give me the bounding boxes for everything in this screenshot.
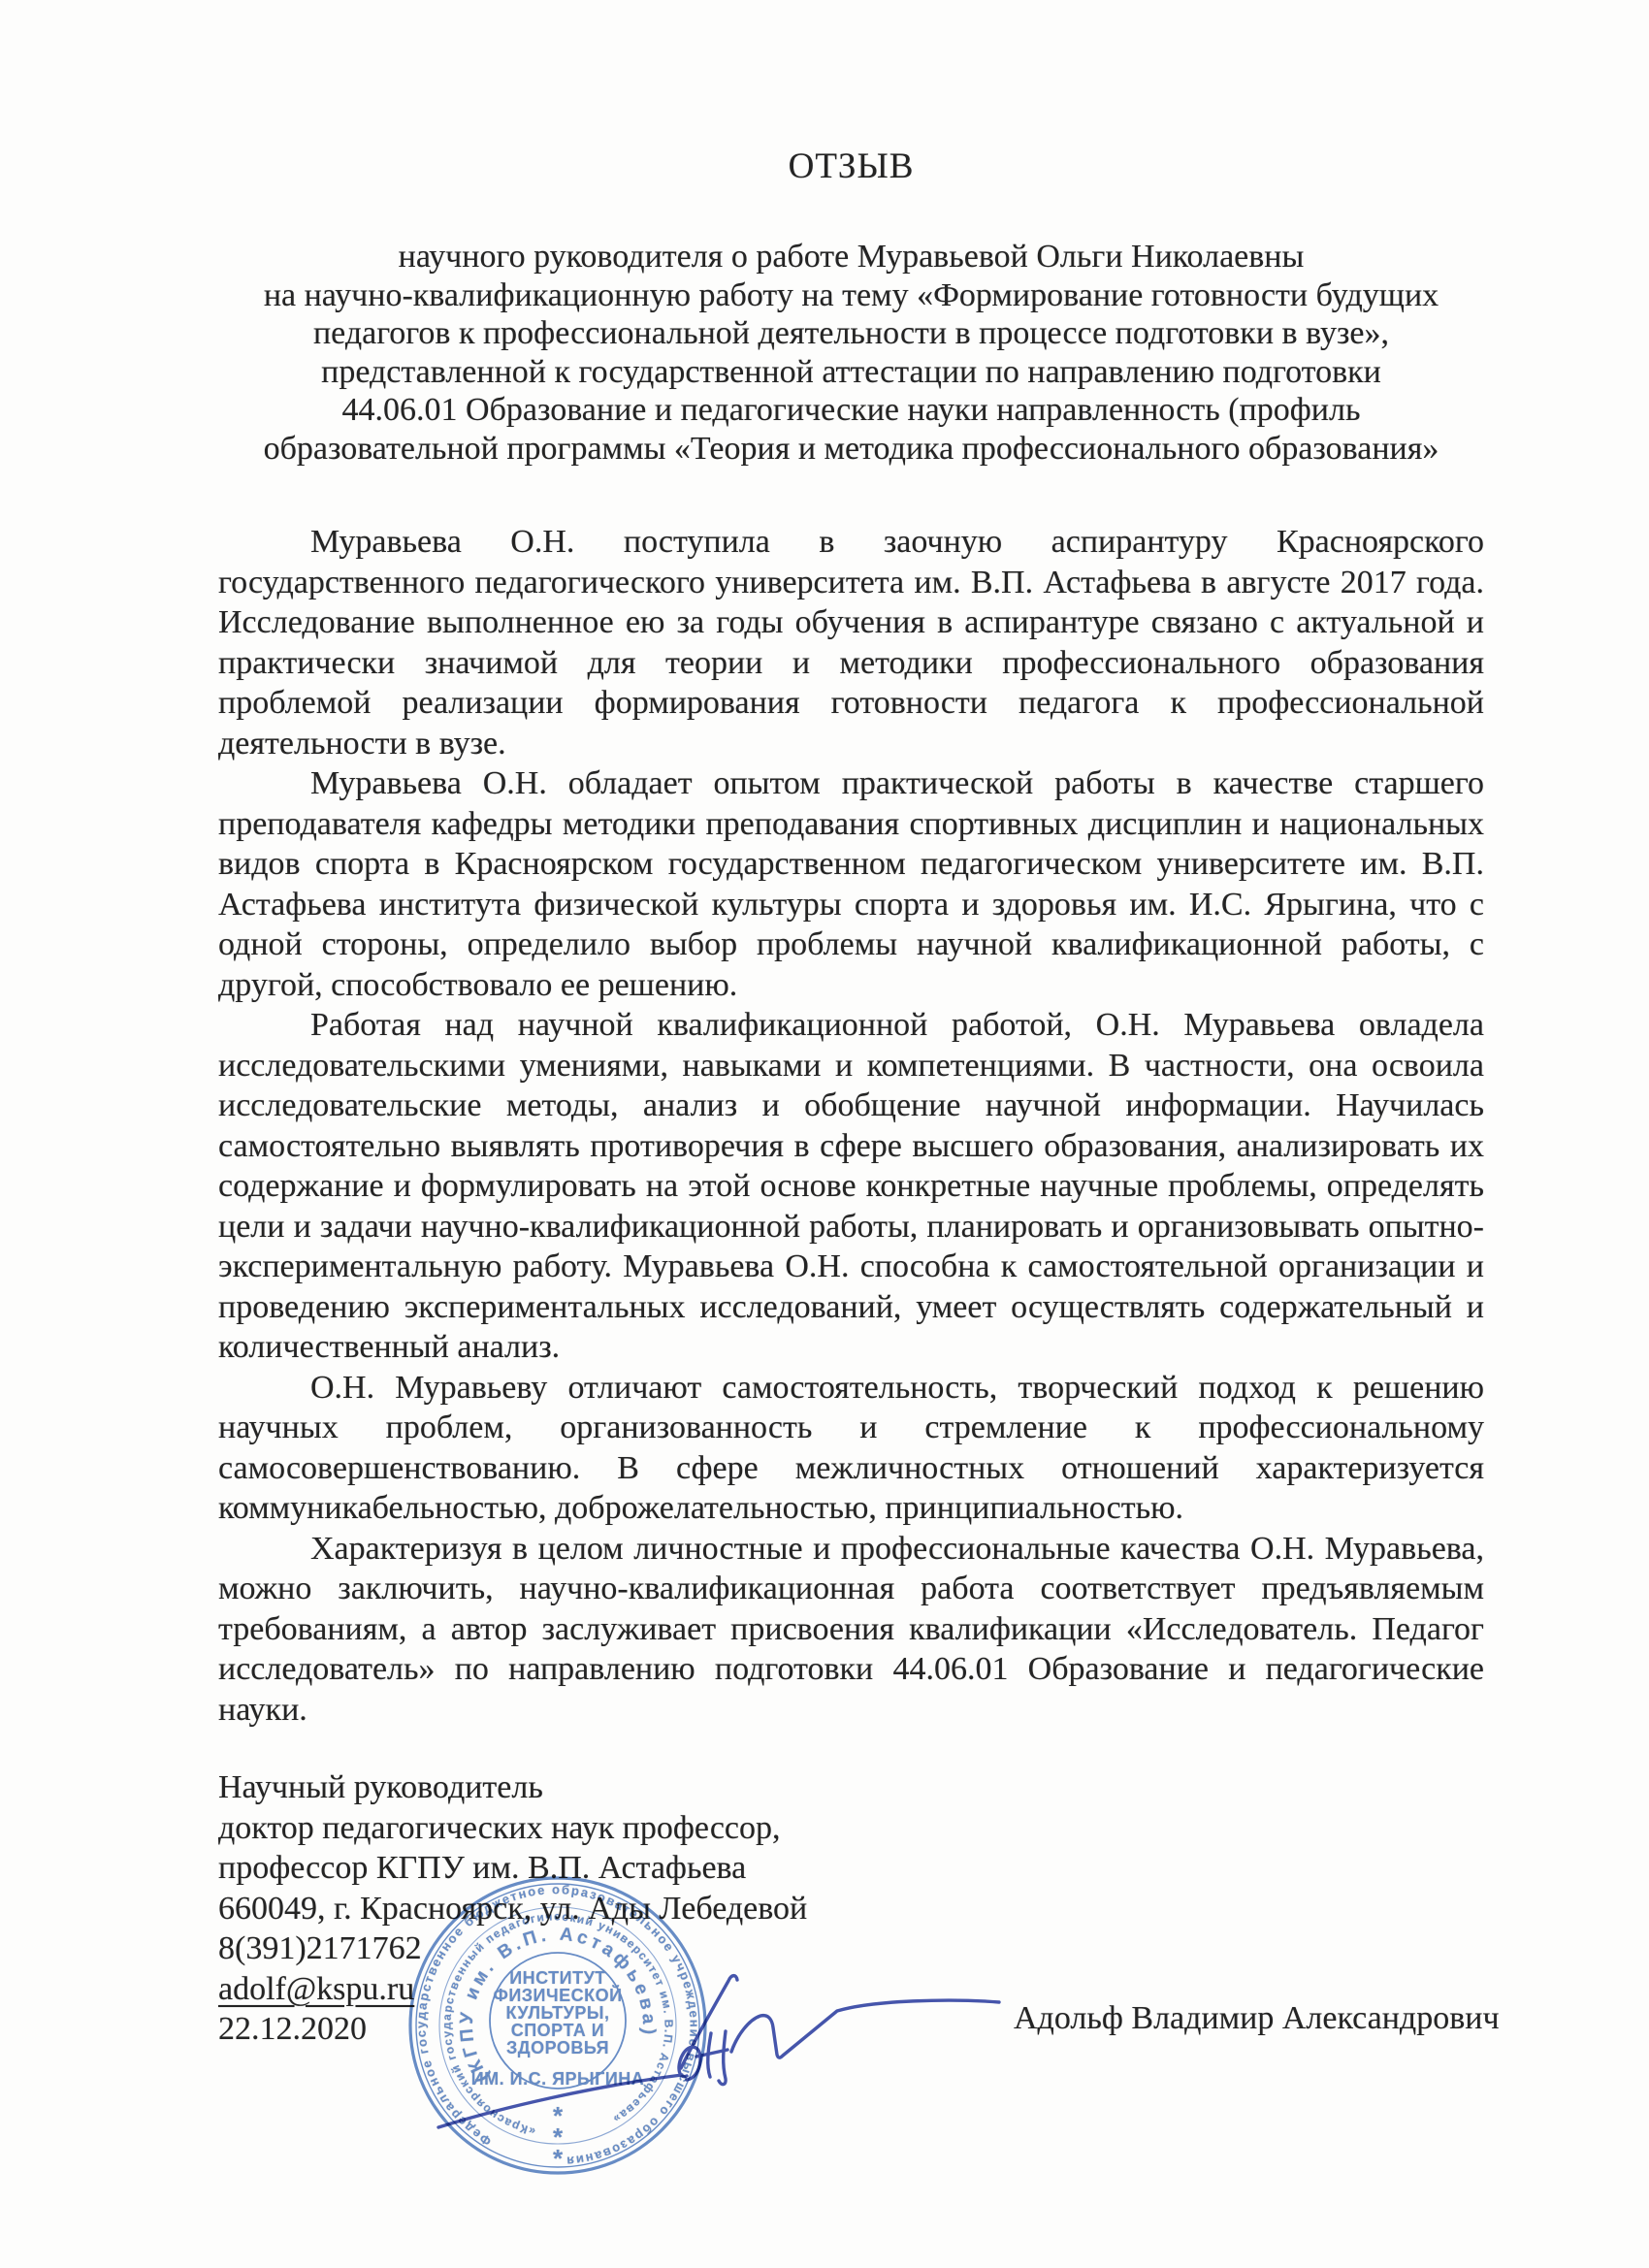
document-body: Муравьева О.Н. поступила в заочную аспир…	[218, 522, 1484, 1730]
sig-line-degree: доктор педагогических наук профессор,	[218, 1808, 807, 1849]
subtitle-line: представленной к государственной аттеста…	[218, 353, 1484, 392]
body-paragraph: О.Н. Муравьеву отличают самостоятельност…	[218, 1368, 1484, 1529]
subtitle-line: педагогов к профессиональной деятельност…	[218, 314, 1484, 353]
signer-name: Адольф Владимир Александрович	[1014, 2000, 1500, 2037]
scanned-review-page: ОТЗЫВ научного руководителя о работе Мур…	[0, 0, 1649, 2268]
body-paragraph: Муравьева О.Н. обладает опытом практичес…	[218, 763, 1484, 1005]
svg-text:*: *	[553, 2144, 564, 2173]
handwritten-signature-icon	[407, 1950, 1009, 2144]
subtitle-line: 44.06.01 Образование и педагогические на…	[218, 391, 1484, 430]
body-paragraph: Работая над научной квалификационной раб…	[218, 1005, 1484, 1368]
body-paragraph: Муравьева О.Н. поступила в заочную аспир…	[218, 522, 1484, 763]
sig-line-role: Научный руководитель	[218, 1767, 807, 1808]
signature-zigzag-tail	[731, 2000, 999, 2057]
signature-stroke	[719, 2031, 726, 2085]
document-title: ОТЗЫВ	[218, 0, 1484, 187]
body-paragraph: Характеризуя в целом личностные и профес…	[218, 1529, 1484, 1731]
email-link[interactable]: adolf@kspu.ru	[218, 1971, 414, 2007]
document-subtitle: научного руководителя о работе Муравьево…	[218, 238, 1484, 468]
subtitle-line: научного руководителя о работе Муравьево…	[218, 238, 1484, 276]
subtitle-line: образовательной программы «Теория и мето…	[218, 430, 1484, 469]
subtitle-line: на научно-квалификационную работу на тем…	[218, 276, 1484, 315]
signature-underline-sweep	[438, 2075, 682, 2127]
